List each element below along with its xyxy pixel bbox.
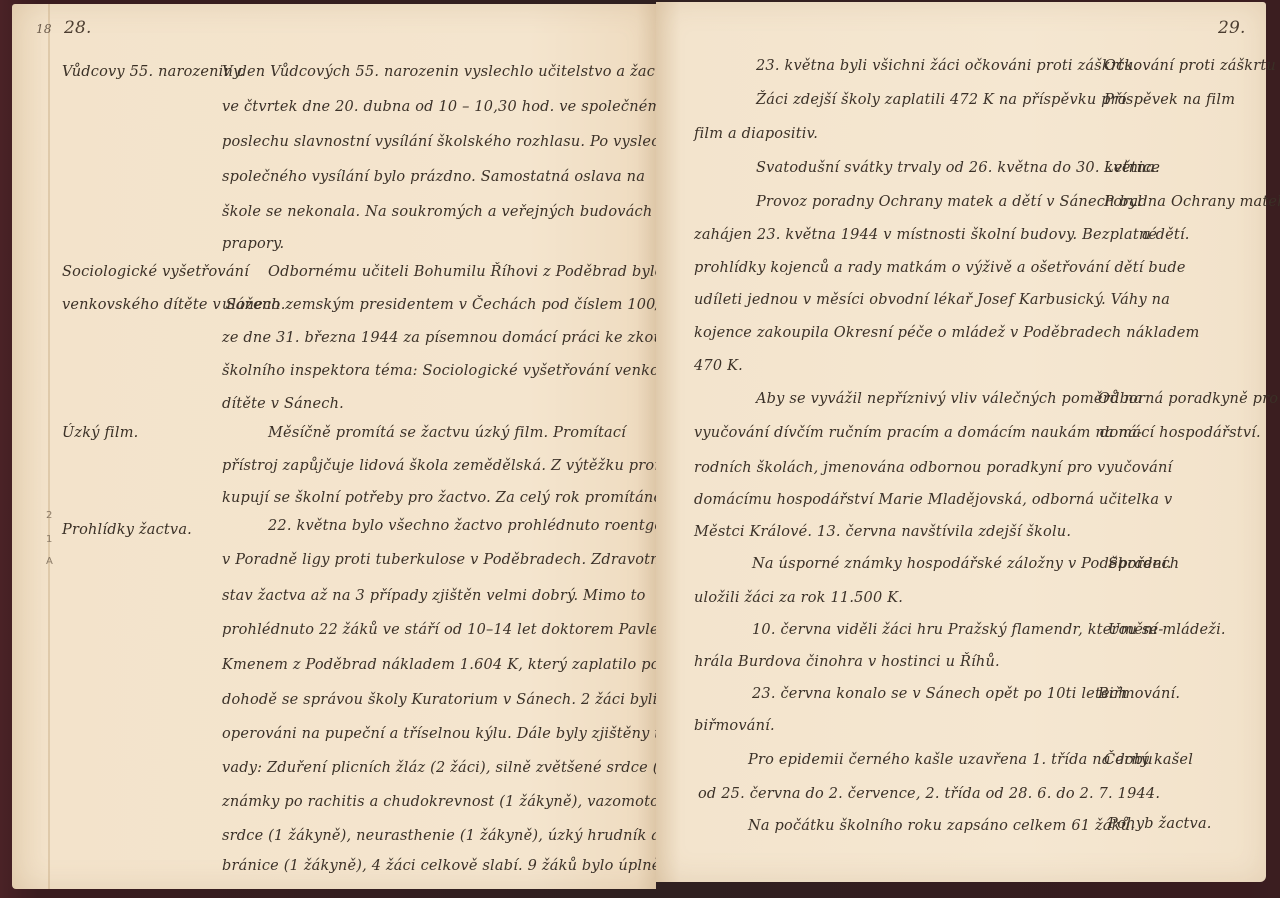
side-heading: Úzký film. xyxy=(62,425,138,441)
text-line: škole se nekonala. Na soukromých a veřej… xyxy=(222,204,693,220)
text-line: od 25. června do 2. července, 2. třída o… xyxy=(698,786,1160,802)
text-line: film a diapositiv. xyxy=(694,126,818,142)
text-line: Kmenem z Poděbrad nákladem 1.604 K, kter… xyxy=(222,657,660,673)
text-line: Odbornému učiteli Bohumilu Říhovi z Podě… xyxy=(268,264,664,280)
text-line: společného vysílání bylo prázdno. Samost… xyxy=(222,169,645,185)
side-heading: Umění mládeži. xyxy=(1108,622,1226,638)
side-heading: Poradna Ochrany matek xyxy=(1104,194,1280,210)
side-heading: Sociologické vyšetřování xyxy=(62,264,249,280)
text-line: vady: Zduření plicních žláz (2 žáci), si… xyxy=(222,760,709,776)
text-line: 470 K. xyxy=(694,358,743,374)
text-line: 22. května bylo všechno žactvo prohlédnu… xyxy=(268,518,695,534)
text-line: 23. května byli všichni žáci očkováni pr… xyxy=(756,58,1138,74)
text-line: Měsíčně promítá se žactvu úzký film. Pro… xyxy=(268,425,626,441)
side-heading: Spoření. xyxy=(1108,556,1172,572)
text-line: Žáci zdejší školy zaplatili 472 K na pří… xyxy=(756,92,1127,108)
text-line: ve čtvrtek dne 20. dubna od 10 – 10,30 h… xyxy=(222,99,662,115)
text-line: srdce (1 žákyně), neurasthenie (1 žákyně… xyxy=(222,828,705,844)
side-heading: Očkování proti záškrtu xyxy=(1104,58,1276,74)
margin-mark: 1 xyxy=(46,534,52,545)
text-line: biřmování. xyxy=(694,718,775,734)
text-line: přístroj zapůjčuje lidová škola zeměděls… xyxy=(222,458,702,474)
text-line: dohodě se správou školy Kuratorium v Sán… xyxy=(222,692,657,708)
text-line: vyučování dívčím ručním pracím a domácím… xyxy=(694,425,1142,441)
text-line: ze dne 31. března 1944 za písemnou domác… xyxy=(222,330,688,346)
side-heading: a dětí. xyxy=(1142,227,1190,243)
side-heading: Biřmování. xyxy=(1098,686,1180,702)
text-line: prapory. xyxy=(222,236,284,252)
text-line: Městci Králové. 13. června navštívila zd… xyxy=(694,524,1071,540)
text-line: Na počátku školního roku zapsáno celkem … xyxy=(748,818,1135,834)
side-heading: Letnice xyxy=(1104,160,1160,176)
text-line: školního inspektora téma: Sociologické v… xyxy=(222,363,711,379)
text-line: prohlédnuto 22 žáků ve stáří od 10–14 le… xyxy=(222,622,673,638)
text-line: kojence zakoupila Okresní péče o mládež … xyxy=(694,325,1199,341)
margin-mark: A xyxy=(46,556,53,567)
text-line: operováni na pupeční a tříselnou kýlu. D… xyxy=(222,726,684,742)
text-line: Pro epidemii černého kašle uzavřena 1. t… xyxy=(748,752,1153,768)
text-line: Svatodušní svátky trvaly od 26. května d… xyxy=(756,160,1160,176)
text-line: hrála Burdova činohra v hostinci u Říhů. xyxy=(694,654,1000,670)
side-heading: Pohyb žactva. xyxy=(1108,816,1212,832)
page-number-right: 29. xyxy=(1218,18,1246,38)
text-line: 23. června konalo se v Sánech opět po 10… xyxy=(752,686,1128,702)
side-heading: domácí hospodářství. xyxy=(1100,425,1261,441)
text-line: Aby se vyvážil nepříznivý vliv válečných… xyxy=(756,391,1143,407)
side-heading: Příspěvek na film xyxy=(1104,92,1235,108)
text-line: rodních školách, jmenována odbornou pora… xyxy=(694,460,1172,476)
text-line: domácímu hospodářství Marie Mladějovská,… xyxy=(694,492,1172,508)
text-line: v Poradně ligy proti tuberkulose v Poděb… xyxy=(222,552,665,568)
margin-mark: 2 xyxy=(46,510,52,521)
text-line: prohlídky kojenců a rady matkám o výživě… xyxy=(694,260,1186,276)
text-line: Provoz poradny Ochrany matek a dětí v Sá… xyxy=(756,194,1142,210)
side-heading: Vůdcovy 55. narozeniny. xyxy=(62,64,244,80)
side-heading: Prohlídky žactva. xyxy=(62,522,192,538)
text-line: dítěte v Sánech. xyxy=(222,396,344,412)
text-line: zahájen 23. května 1944 v místnosti škol… xyxy=(694,227,1157,243)
text-line: 10. června viděli žáci hru Pražský flame… xyxy=(752,622,1163,638)
text-line: udíleti jednou v měsíci obvodní lékař Jo… xyxy=(694,292,1170,308)
text-line: uložili žáci za rok 11.500 K. xyxy=(694,590,903,606)
side-heading: Černý kašel xyxy=(1104,752,1193,768)
text-line: V den Vůdcových 55. narozenin vyslechlo … xyxy=(222,64,678,80)
page-number-left: 28. xyxy=(64,18,92,38)
text-line: poslechu slavnostní vysílání školského r… xyxy=(222,134,699,150)
text-line: stav žactva až na 3 případy zjištěn velm… xyxy=(222,588,646,604)
folio-number: 18 xyxy=(36,22,52,36)
text-line: kupují se školní potřeby pro žactvo. Za … xyxy=(222,490,694,506)
side-heading: Odborná poradkyně pro xyxy=(1098,391,1278,407)
text-line: bránice (1 žákyně), 4 žáci celkově slabí… xyxy=(222,858,721,874)
